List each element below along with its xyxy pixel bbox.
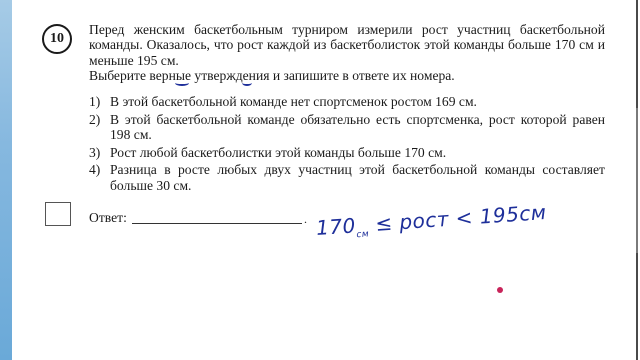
option-text: В этой баскетбольной команде нет спортсм… — [110, 94, 605, 110]
option-item: 4) Разница в росте любых двух участниц э… — [89, 162, 605, 193]
option-number: 3) — [89, 145, 110, 161]
option-text: Разница в росте любых двух участниц этой… — [110, 162, 605, 193]
option-text: Рост любой баскетболистки этой команды б… — [110, 145, 605, 161]
task-number: 10 — [50, 31, 64, 47]
task-paragraph-2: Выберите верные утверждения и запишите в… — [89, 68, 605, 83]
option-item: 3) Рост любой баскетболистки этой команд… — [89, 145, 605, 161]
option-item: 1) В этой баскетбольной команде нет спор… — [89, 94, 605, 110]
annotation-rest: ≤ рост < 195см — [374, 200, 547, 236]
right-edge-segment — [636, 108, 638, 253]
task-number-badge: 10 — [42, 24, 72, 54]
handwritten-underline-mark — [175, 80, 189, 86]
option-number: 2) — [89, 112, 110, 143]
answer-end-dot: . — [304, 212, 307, 227]
options-list: 1) В этой баскетбольной команде нет спор… — [89, 94, 605, 195]
right-edge-line — [636, 0, 638, 360]
option-item: 2) В этой баскетбольной команде обязател… — [89, 112, 605, 143]
option-text: В этой баскетбольной команде обязательно… — [110, 112, 605, 143]
answer-checkbox[interactable] — [45, 202, 71, 226]
handwritten-annotation: 170см ≤ рост < 195см — [315, 200, 547, 243]
task-paragraph-1: Перед женским баскетбольным турниром изм… — [89, 22, 605, 68]
left-edge-bar — [0, 0, 12, 360]
pointer-dot — [497, 287, 503, 293]
annotation-left-unit: см — [356, 229, 369, 240]
handwritten-underline-mark — [242, 80, 252, 86]
option-number: 4) — [89, 162, 110, 193]
answer-label: Ответ: — [89, 210, 127, 226]
answer-input-line[interactable] — [132, 223, 302, 224]
annotation-left: 170 — [315, 213, 356, 240]
option-number: 1) — [89, 94, 110, 110]
task-statement: Перед женским баскетбольным турниром изм… — [89, 22, 605, 83]
